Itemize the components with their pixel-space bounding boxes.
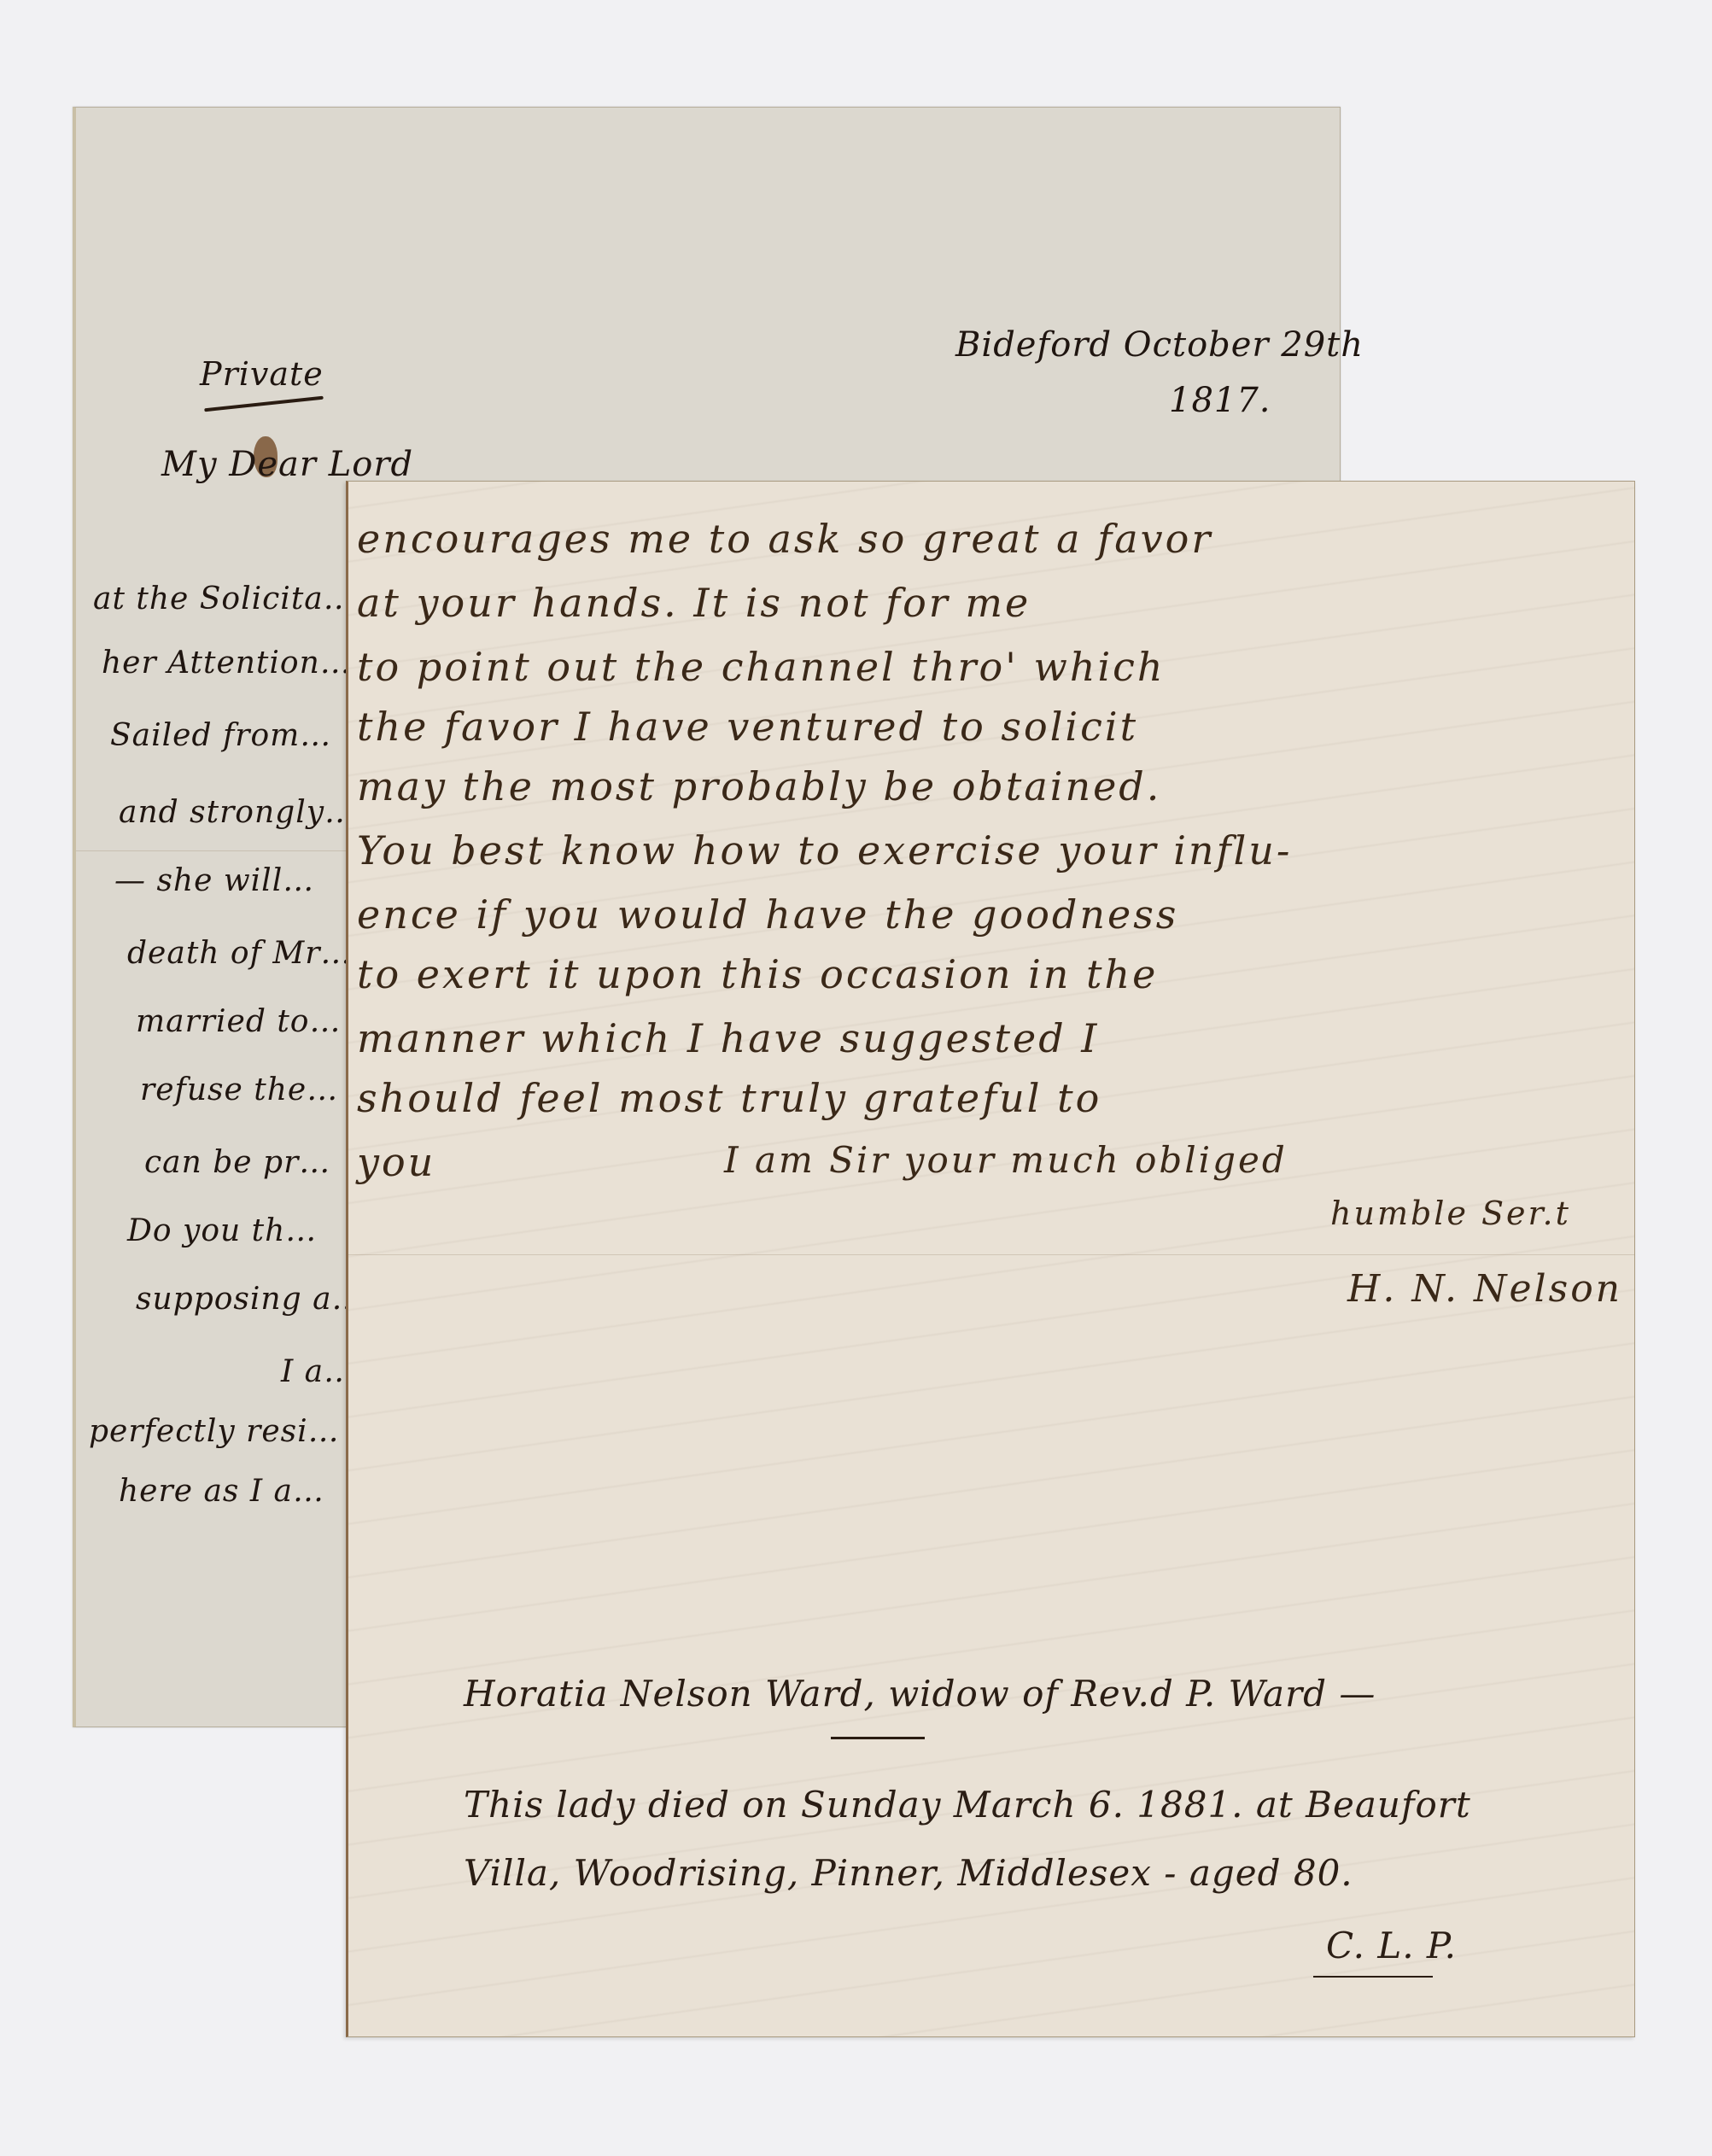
back-line-10: Do you th… (127, 1213, 317, 1248)
annotation-line-2: This lady died on Sunday March 6. 1881. … (464, 1784, 1471, 1826)
back-line-5: — she will… (114, 863, 314, 898)
back-line-12: I a… (281, 1354, 355, 1389)
closing-line-2: humble Ser.t (1330, 1195, 1571, 1232)
back-line-13: perfectly resi… (89, 1414, 340, 1449)
back-line-3: Sailed from… (110, 718, 331, 753)
back-line-7: married to… (136, 1004, 341, 1039)
front-line-8: to exert it upon this occasion in the (357, 951, 1158, 997)
front-line-1: encourages me to ask so great a favor (357, 516, 1212, 562)
annotation-line-3: Villa, Woodrising, Pinner, Middlesex - a… (464, 1852, 1353, 1894)
annotation-line-1: Horatia Nelson Ward, widow of Rev.d P. W… (464, 1673, 1376, 1715)
front-line-6: You best know how to exercise your influ… (357, 827, 1292, 874)
signature: H. N. Nelson (1347, 1267, 1622, 1311)
front-line-9: manner which I have suggested I (357, 1015, 1099, 1061)
fold-crease (348, 1254, 1634, 1255)
salutation: My Dear Lord (161, 445, 413, 484)
back-line-11: supposing a… (136, 1282, 364, 1317)
initials-underline (1313, 1976, 1433, 1978)
front-letter-sheet: encourages me to ask so great a favor at… (346, 481, 1635, 2037)
place-date-year: 1817. (1169, 381, 1271, 420)
front-line-10: should feel most truly grateful to (357, 1075, 1101, 1121)
private-heading: Private (200, 355, 324, 393)
back-line-9: can be pr… (144, 1145, 330, 1180)
back-line-6: death of Mr… (127, 936, 352, 971)
back-line-14: here as I a… (119, 1474, 324, 1509)
front-line-11: you (357, 1139, 435, 1185)
closing-line-1: I am Sir your much obliged (724, 1139, 1288, 1181)
front-line-5: may the most probably be obtained. (357, 763, 1161, 809)
back-line-8: refuse the… (140, 1072, 338, 1107)
back-line-2: her Attention… (102, 646, 352, 681)
private-underline (204, 396, 324, 412)
back-line-4: and strongly… (119, 795, 356, 830)
front-line-2: at your hands. It is not for me (357, 580, 1031, 626)
front-line-7: ence if you would have the goodness (357, 891, 1178, 938)
annotation-dash (831, 1737, 925, 1739)
back-line-1: at the Solicita… (93, 581, 355, 616)
front-line-4: the favor I have ventured to solicit (357, 704, 1138, 750)
annotation-initials: C. L. P. (1326, 1925, 1457, 1966)
place-date-line1: Bideford October 29th (955, 325, 1364, 365)
front-line-3: to point out the channel thro' which (357, 644, 1166, 690)
